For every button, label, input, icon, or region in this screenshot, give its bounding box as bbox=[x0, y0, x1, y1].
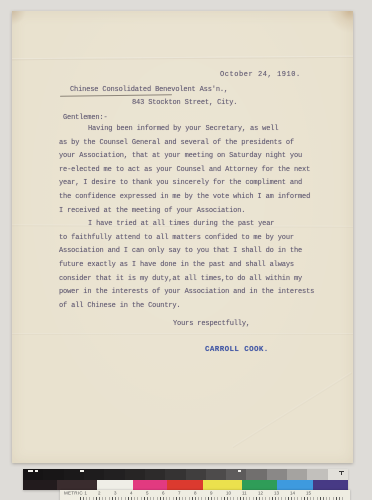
paper-crease bbox=[12, 56, 353, 60]
grayscale-step bbox=[186, 469, 206, 480]
letter-body-line: consider that it is my duty,at all times… bbox=[59, 273, 314, 287]
yellow-patch bbox=[203, 480, 242, 490]
grayscale-step bbox=[23, 469, 43, 480]
letter-body-line: Association and I can only say to you th… bbox=[59, 245, 314, 259]
paper-crease bbox=[232, 372, 352, 448]
scanned-document-page: October 24, 1910. Chinese Consolidated B… bbox=[0, 0, 372, 500]
blue-patch bbox=[277, 480, 313, 490]
grayscale-step bbox=[125, 469, 145, 480]
registration-mark bbox=[238, 470, 241, 472]
dark-brown-patch bbox=[57, 480, 97, 490]
letter-body-line: future exactly as I have done in the pas… bbox=[59, 259, 314, 273]
ruler-number: 13 bbox=[274, 491, 279, 496]
ruler-number: 14 bbox=[290, 491, 295, 496]
ruler-number: 9 bbox=[210, 491, 213, 496]
registration-mark bbox=[28, 470, 33, 472]
grayscale-step bbox=[145, 469, 165, 480]
magenta-patch bbox=[133, 480, 167, 490]
letter-body-line: as by the Counsel General and several of… bbox=[59, 137, 314, 151]
metric-ruler: METRIC 1 23456789101112131415 bbox=[60, 490, 350, 500]
signature-stamp: CARROLL COOK. bbox=[205, 346, 269, 354]
ruler-number: 3 bbox=[114, 491, 117, 496]
recipient-address: 843 Stockton Street, City. bbox=[132, 97, 237, 111]
ruler-number: 11 bbox=[242, 491, 247, 496]
grayscale-strip bbox=[23, 469, 348, 480]
purple-patch bbox=[313, 480, 348, 490]
grayscale-step bbox=[307, 469, 327, 480]
grayscale-step bbox=[206, 469, 226, 480]
ruler-number: 8 bbox=[194, 491, 197, 496]
grayscale-step bbox=[104, 469, 124, 480]
ruler-number: 10 bbox=[226, 491, 231, 496]
red-patch bbox=[167, 480, 203, 490]
letter-body-line: re-elected me to act as your Counsel and… bbox=[59, 164, 314, 178]
ruler-number: 12 bbox=[258, 491, 263, 496]
grayscale-step bbox=[165, 469, 185, 480]
letter-body-line: your Association, that at your meeting o… bbox=[59, 150, 314, 164]
ruler-number: 7 bbox=[178, 491, 181, 496]
grayscale-step bbox=[287, 469, 307, 480]
ruler-number: 15 bbox=[306, 491, 311, 496]
letter-paper: October 24, 1910. Chinese Consolidated B… bbox=[12, 11, 353, 463]
registration-mark bbox=[80, 470, 84, 472]
letter-body-line: power in the interests of your Associati… bbox=[59, 286, 314, 300]
ruler-number: 2 bbox=[98, 491, 101, 496]
black-patch bbox=[23, 480, 57, 490]
paper-crease bbox=[12, 333, 353, 335]
letter-body-line: the confidence expressed in me by the vo… bbox=[59, 191, 314, 205]
registration-mark bbox=[35, 470, 38, 472]
grayscale-step bbox=[246, 469, 266, 480]
letter-date: October 24, 1910. bbox=[220, 69, 301, 83]
ruler-label: METRIC 1 bbox=[64, 491, 87, 496]
letter-body-line: of all Chinese in the Country. bbox=[59, 300, 314, 314]
t-registration-mark bbox=[339, 471, 344, 472]
letter-body-line: year, I desire to thank you sincerely fo… bbox=[59, 177, 314, 191]
grayscale-step bbox=[328, 469, 348, 480]
white-patch bbox=[97, 480, 133, 490]
grayscale-step bbox=[226, 469, 246, 480]
ruler-number: 5 bbox=[146, 491, 149, 496]
letter-body-line: I received at the meeting of your Associ… bbox=[59, 205, 314, 219]
letter-body: Having been informed by your Secretary, … bbox=[59, 123, 314, 313]
color-calibration-bar bbox=[23, 469, 348, 490]
letter-body-line: I have tried at all times during the pas… bbox=[59, 218, 314, 232]
grayscale-step bbox=[84, 469, 104, 480]
letter-body-line: to faithfully attend to all matters conf… bbox=[59, 232, 314, 246]
closing-line: Yours respectfully, bbox=[173, 318, 250, 332]
grayscale-step bbox=[267, 469, 287, 480]
grayscale-step bbox=[43, 469, 63, 480]
ruler-number: 6 bbox=[162, 491, 165, 496]
color-patch-strip bbox=[23, 480, 348, 490]
letter-body-line: Having been informed by your Secretary, … bbox=[59, 123, 314, 137]
green-patch bbox=[242, 480, 277, 490]
ruler-number: 4 bbox=[130, 491, 133, 496]
